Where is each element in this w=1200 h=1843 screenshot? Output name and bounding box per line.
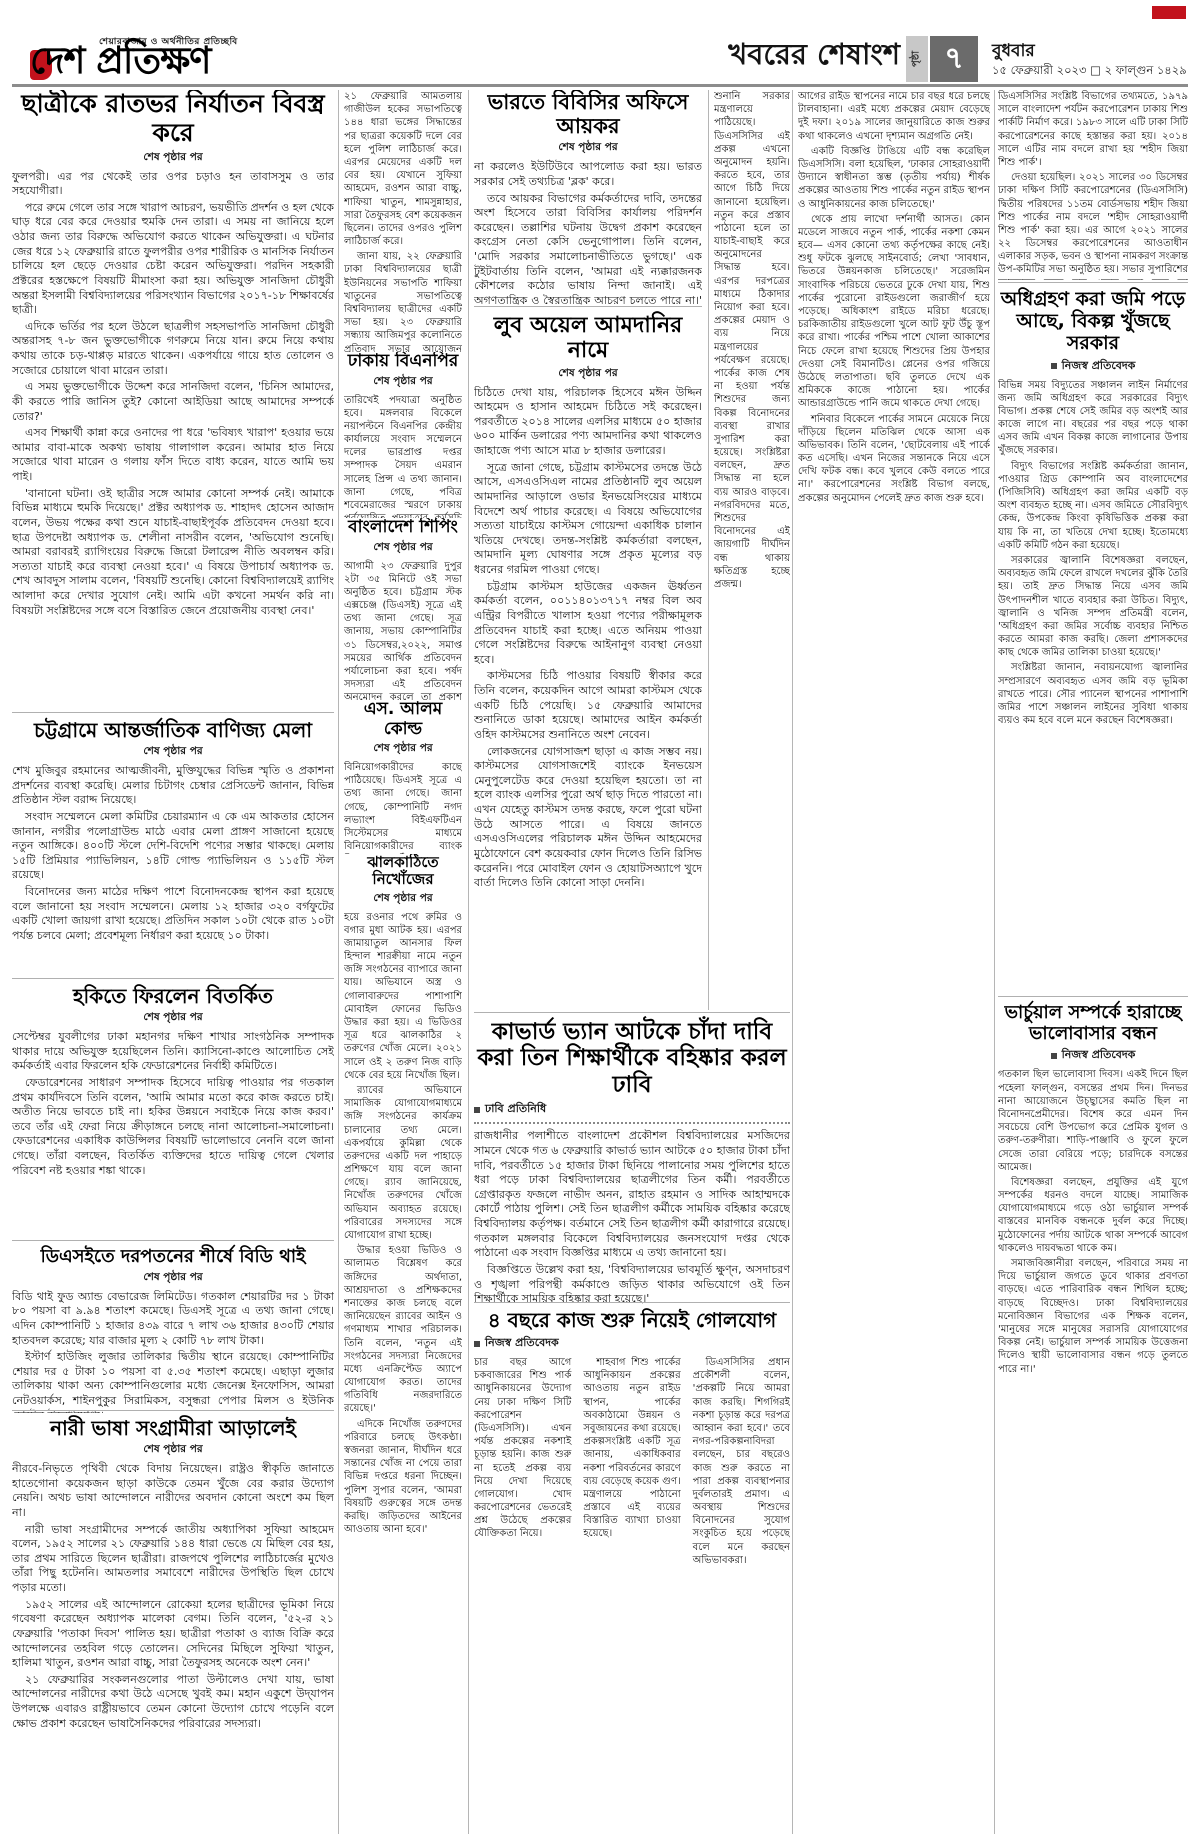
paragraph: শুনানি সরকার মন্ত্রণালয়ে পাঠিয়েছে। ডিএ…	[714, 90, 790, 591]
story-lub-oil: লুব অয়েল আমদানির নামে শেষ পৃষ্ঠার পর চি…	[474, 306, 702, 1019]
byline: নিজস্ব প্রতিবেদক	[998, 357, 1188, 376]
paragraph: সমাজবিজ্ঞানীরা বলছেন, পরিবারে সময় না দি…	[998, 1257, 1188, 1376]
story-shishu-park-narrow: শুনানি সরকার মন্ত্রণালয়ে পাঠিয়েছে। ডিএ…	[714, 90, 790, 1010]
story-nari-bhasha: নারী ভাষা সংগ্রামীরা আড়ালেই শেষ পৃষ্ঠার…	[12, 1410, 334, 1841]
paragraph: না করলেও ইউটিউবে আপলোড করা হয়। ভারত সরক…	[474, 160, 702, 189]
paragraph: তারিখেই পদযাত্রা অনুষ্ঠিত হবে। মঙ্গলবার …	[344, 394, 462, 518]
date-line: ১৫ ফেব্রুয়ারী ২০২৩ □ ২ ফাল্গুন ১৪২৯	[992, 62, 1187, 81]
paragraph: আগামী ২৩ ফেব্রুয়ারি দুপুর ২টা ৩৫ মিনিটে…	[344, 560, 462, 700]
column-rule	[708, 90, 709, 1010]
story-headline: ডিএসইতে দরপতনের শীর্ষে বিডি থাই	[12, 1247, 334, 1268]
column-rule	[338, 90, 339, 1834]
paragraph: সংবাদ সম্মেলনে মেলা কমিটির চেয়ারম্যান এ…	[12, 810, 334, 883]
story-odhigrohon: অধিগ্রহণ করা জমি পড়ে আছে, বিকল্প খুঁজছে…	[998, 282, 1188, 1003]
section-title: খবরের শেষাংশ	[700, 40, 900, 69]
story-headline: বাংলাদেশ শিপিং	[344, 518, 462, 538]
column-rule	[468, 90, 469, 1834]
byline-text: নিজস্ব প্রতিবেদক	[1062, 357, 1136, 376]
byline-text: নিজস্ব প্রতিবেদক	[1062, 1046, 1136, 1065]
paragraph: এসব শিক্ষার্থী কান্না করে ওনাদের পা ধরে …	[12, 426, 334, 485]
paragraph: ইস্টার্ণ হাউজিং লুজার তালিকার দ্বিতীয় স…	[12, 1350, 334, 1413]
paragraph: নীরবে-নিভৃতে পৃথিবী থেকে বিদায় নিয়েছেন…	[12, 1462, 334, 1521]
paragraph: এদিকে ভর্তির পর হলে উঠলে ছাত্রলীগ সহসভাপ…	[12, 320, 334, 379]
paragraph: জানা যায়, ২২ ফেব্রুয়ারি ঢাকা বিশ্ববিদ্…	[344, 250, 462, 352]
paragraph: বিদ্যুৎ বিভাগের সংশ্লিষ্ট কর্মকর্তারা জা…	[998, 460, 1188, 552]
story-headline: ঢাকায় বিএনপির	[344, 352, 462, 372]
paragraph: লোকজনের যোগসাজশ ছাড়া এ কাজ সম্ভব নয়। ক…	[474, 745, 702, 891]
paragraph: গতকাল ছিল ভালোবাসা দিবস। একই দিনে ছিল পহ…	[998, 1068, 1188, 1174]
paragraph: পরে রুমে গেলে তার সঙ্গে খারাপ আচরণ, ভয়ভ…	[12, 201, 334, 318]
paragraph: সেপ্টেম্বর যুবলীগের ঢাকা মহানগর দক্ষিণ শ…	[12, 1030, 334, 1074]
continued-label: শেষ পৃষ্ঠার পর	[344, 741, 462, 758]
story-ctg-mela: চট্টগ্রামে আন্তর্জাতিক বাণিজ্য মেলা শেষ …	[12, 712, 334, 981]
byline-bullet-icon	[1051, 1053, 1057, 1059]
story-headline: কাভার্ড ভ্যান আটকে চাঁদা দাবি করা তিন শি…	[474, 1019, 790, 1098]
story-headline: হকিতে ফিরলেন বিতর্কিত	[12, 985, 334, 1008]
paragraph: র‍্যাবের অভিযানে সামাজিক যোগাযোগমাধ্যমে …	[344, 1084, 462, 1242]
paragraph: শাহবাগ শিশু পার্কের আধুনিকায়ন প্রকল্পের…	[583, 1356, 680, 1541]
paragraph: বিডি থাই ফুড অ্যান্ড বেভারেজ লিমিটেড। গত…	[12, 1290, 334, 1349]
byline: ঢাবি প্রতিনিধি	[474, 1100, 790, 1119]
story-char-bochhor: ৪ বছরে কাজ শুরু নিয়েই গোলযোগ নিজস্ব প্র…	[474, 1302, 790, 1841]
dotted-rule	[474, 1122, 790, 1124]
paragraph: বিজ্ঞপ্তিতে উল্লেখ করা হয়, 'বিশ্ববিদ্যা…	[474, 1263, 790, 1307]
story-jhalokathi: ঝালকাঠিতে নিখোঁজের শেষ পৃষ্ঠার পর হয়ে র…	[344, 854, 462, 1834]
paragraph: বিনোদনের জন্য মাঠের দক্ষিণ পাশে বিনোদনকে…	[12, 885, 334, 944]
newspaper-logo: দেশ প্রতিক্ষণ	[30, 42, 211, 79]
paragraph: বিশেষজ্ঞরা বলছেন, প্রযুক্তির এই যুগে সম্…	[998, 1176, 1188, 1255]
continued-label: শেষ পৃষ্ঠার পর	[344, 891, 462, 908]
paragraph: সূত্রে জানা গেছে, চট্টগ্রাম কাস্টমসের তদ…	[474, 461, 702, 578]
paragraph: আগের রাইড স্থাপনের নামে চার বছর ধরে চলছে…	[798, 90, 990, 143]
paragraph: হয়ে রওনার পথে রুমির ও বগার মুধা আটক হয়…	[344, 911, 462, 1082]
paragraph: ফেডারেশনের সাধারণ সম্পাদক হিসেবে দায়িত্…	[12, 1076, 334, 1178]
paragraph: ২১ ফেব্রুয়ারির সংকলনগুলোর পাতা উল্টালেও…	[12, 1673, 334, 1732]
continued-label: শেষ পৃষ্ঠার পর	[12, 1270, 334, 1287]
story-shishu-park-col: আগের রাইড স্থাপনের নামে চার বছর ধরে চলছে…	[798, 90, 990, 1834]
byline-text: নিজস্ব প্রতিবেদক	[485, 1334, 559, 1353]
paragraph: চিঠিতে দেখা যায়, পরিচালক হিসেবে মঈন উদ্…	[474, 386, 702, 459]
continued-label: শেষ পৃষ্ঠার পর	[474, 140, 702, 157]
continued-label: শেষ পৃষ্ঠার পর	[12, 1010, 334, 1027]
byline-bullet-icon	[474, 1107, 480, 1113]
paragraph: এ সময় ভুক্তভোগীকে উদ্দেশ করে সানজিদা বল…	[12, 380, 334, 424]
paragraph: তবে আয়কর বিভাগের কর্মকর্তাদের দাবি, তদন…	[474, 192, 702, 306]
paragraph: এদিকে নিখোঁজ তরুণদের পরিবারে চলছে উৎকণ্ঠ…	[344, 1418, 462, 1537]
story-headline: চট্টগ্রামে আন্তর্জাতিক বাণিজ্য মেলা	[12, 719, 334, 742]
column-rule	[994, 90, 995, 1834]
story-headline: নারী ভাষা সংগ্রামীরা আড়ালেই	[12, 1417, 334, 1440]
story-chhatri: ছাত্রীকে রাতভর নির্যাতন বিবস্ত্র করে শেষ…	[12, 90, 334, 712]
paragraph: চার বছর আগে চকবাজারের শিশু পার্ক আধুনিকা…	[474, 1356, 571, 1541]
paragraph: ফুলপরী। এর পর থেকেই তার ওপর চড়াও হন তাব…	[12, 170, 334, 199]
page-label: পৃষ্ঠা	[906, 36, 928, 82]
byline-text: ঢাবি প্রতিনিধি	[485, 1100, 546, 1119]
story-headline: ভারতে বিবিসির অফিসে আয়কর	[474, 90, 702, 138]
byline-bullet-icon	[1051, 363, 1057, 369]
story-continuation-col: ২১ ফেব্রুয়ারি আমতলায় গাজীউল হকের সভাপত…	[344, 90, 462, 352]
paragraph: থেকে প্রায় লাখো দর্শনার্থী আসত। কোন মডে…	[798, 213, 990, 411]
story-dhaka-bnp: ঢাকায় বিএনপির শেষ পৃষ্ঠার পর তারিখেই পদ…	[344, 352, 462, 518]
continued-label: শেষ পৃষ্ঠার পর	[12, 150, 334, 167]
story-alam-cold: এস. আলম কোল্ড শেষ পৃষ্ঠার পর বিনিয়োগকার…	[344, 700, 462, 854]
story-bhalobasa: ভার্চুয়াল সম্পর্কে হারাচ্ছে ভালোবাসার ব…	[998, 996, 1188, 1841]
corner-mark	[1152, 6, 1186, 19]
story-colf-top: ডিএসসিসির সংশ্লিষ্ট বিভাগের তথ্যমতে, ১৯৭…	[998, 90, 1188, 280]
story-headline: লুব অয়েল আমদানির নামে	[474, 313, 702, 364]
paragraph: ২১ ফেব্রুয়ারি আমতলায় গাজীউল হকের সভাপত…	[344, 90, 462, 248]
story-bbc: ভারতে বিবিসির অফিসে আয়কর শেষ পৃষ্ঠার পর…	[474, 90, 702, 306]
byline-bullet-icon	[474, 1341, 480, 1347]
page-number: ৭	[930, 36, 978, 82]
story-bd-thai: ডিএসইতে দরপতনের শীর্ষে বিডি থাই শেষ পৃষ্…	[12, 1240, 334, 1413]
paragraph: শনিবার বিকেলে পার্কের সামনে মেয়েকে নিয়…	[798, 413, 990, 505]
story-headline: অধিগ্রহণ করা জমি পড়ে আছে, বিকল্প খুঁজছে…	[998, 289, 1188, 355]
story-headline: ৪ বছরে কাজ শুরু নিয়েই গোলযোগ	[474, 1309, 790, 1332]
story-hockey: হকিতে ফিরলেন বিতর্কিত শেষ পৃষ্ঠার পর সেপ…	[12, 978, 334, 1243]
paragraph: 'বানানো ঘটনা। ওই ছাত্রীর সঙ্গে আমার কোনো…	[12, 487, 334, 619]
story-headline: ঝালকাঠিতে নিখোঁজের	[344, 854, 462, 889]
paragraph: বিনিয়োগকারীদের কাছে পাঠিয়েছে। ডিএসই সূ…	[344, 761, 462, 854]
story-covered-van: কাভার্ড ভ্যান আটকে চাঁদা দাবি করা তিন শি…	[474, 1012, 790, 1309]
paragraph: দেওয়া হয়েছিল। ২০২১ সালের ৩০ ডিসেম্বর ঢ…	[998, 171, 1188, 280]
paragraph: বিভিন্ন সময় বিদ্যুতের সঞ্চালন লাইন নির্…	[998, 379, 1188, 458]
paragraph: শেখ মুজিবুর রহমানের আত্মজীবনী, মুক্তিযুদ…	[12, 764, 334, 808]
story-headline: ছাত্রীকে রাতভর নির্যাতন বিবস্ত্র করে	[12, 90, 334, 148]
header-rule	[12, 84, 1188, 87]
paragraph: উদ্ধার হওয়া ভিডিও ও আলামত বিশ্লেষণ করে …	[344, 1244, 462, 1415]
paragraph: ডিএসসিসির প্রধান প্রকৌশলী বলেন, 'প্রকল্প…	[693, 1356, 790, 1567]
byline: নিজস্ব প্রতিবেদক	[474, 1334, 790, 1353]
newspaper-page: শেয়ারবাজার ও অর্থনীতির প্রতিচ্ছবি দেশ প…	[0, 0, 1200, 1843]
story-headline: ভার্চুয়াল সম্পর্কে হারাচ্ছে ভালোবাসার ব…	[998, 1003, 1188, 1044]
paragraph: সরকারের জ্বালানি বিশেষজ্ঞরা বলছেন, অব্যব…	[998, 554, 1188, 660]
byline: নিজস্ব প্রতিবেদক	[998, 1046, 1188, 1065]
continued-label: শেষ পৃষ্ঠার পর	[474, 366, 702, 383]
paragraph: রাজধানীর পলাশীতে বাংলাদেশ প্রকৌশল বিশ্বব…	[474, 1129, 790, 1261]
paragraph: সংশ্লিষ্টরা জানান, নবায়নযোগ্য জ্বালানির…	[998, 661, 1188, 727]
paragraph: ১৯৫২ সালের এই আন্দোলনে রোকেয়া হলের ছাত্…	[12, 1598, 334, 1671]
column-rule	[792, 90, 793, 1834]
continued-label: শেষ পৃষ্ঠার পর	[344, 540, 462, 557]
story-headline: এস. আলম কোল্ড	[344, 700, 462, 739]
paragraph: নারী ভাষা সংগ্রামীদের সম্পর্কে জাতীয় অধ…	[12, 1523, 334, 1596]
continued-label: শেষ পৃষ্ঠার পর	[344, 374, 462, 391]
continued-label: শেষ পৃষ্ঠার পর	[12, 1442, 334, 1459]
paragraph: চট্টগ্রাম কাস্টমস হাউজের একজন ঊর্ধ্বতন ক…	[474, 580, 702, 668]
paragraph: ডিএসসিসির সংশ্লিষ্ট বিভাগের তথ্যমতে, ১৯৭…	[998, 90, 1188, 169]
paragraph: কাস্টমসের চিঠি পাওয়ার বিষয়টি স্বীকার ক…	[474, 669, 702, 742]
story-shipping: বাংলাদেশ শিপিং শেষ পৃষ্ঠার পর আগামী ২৩ ফ…	[344, 518, 462, 700]
paragraph: একটি বিজ্ঞপ্তি টাঙিয়ে এটি বন্ধ করেছিল ড…	[798, 145, 990, 211]
continued-label: শেষ পৃষ্ঠার পর	[12, 744, 334, 761]
